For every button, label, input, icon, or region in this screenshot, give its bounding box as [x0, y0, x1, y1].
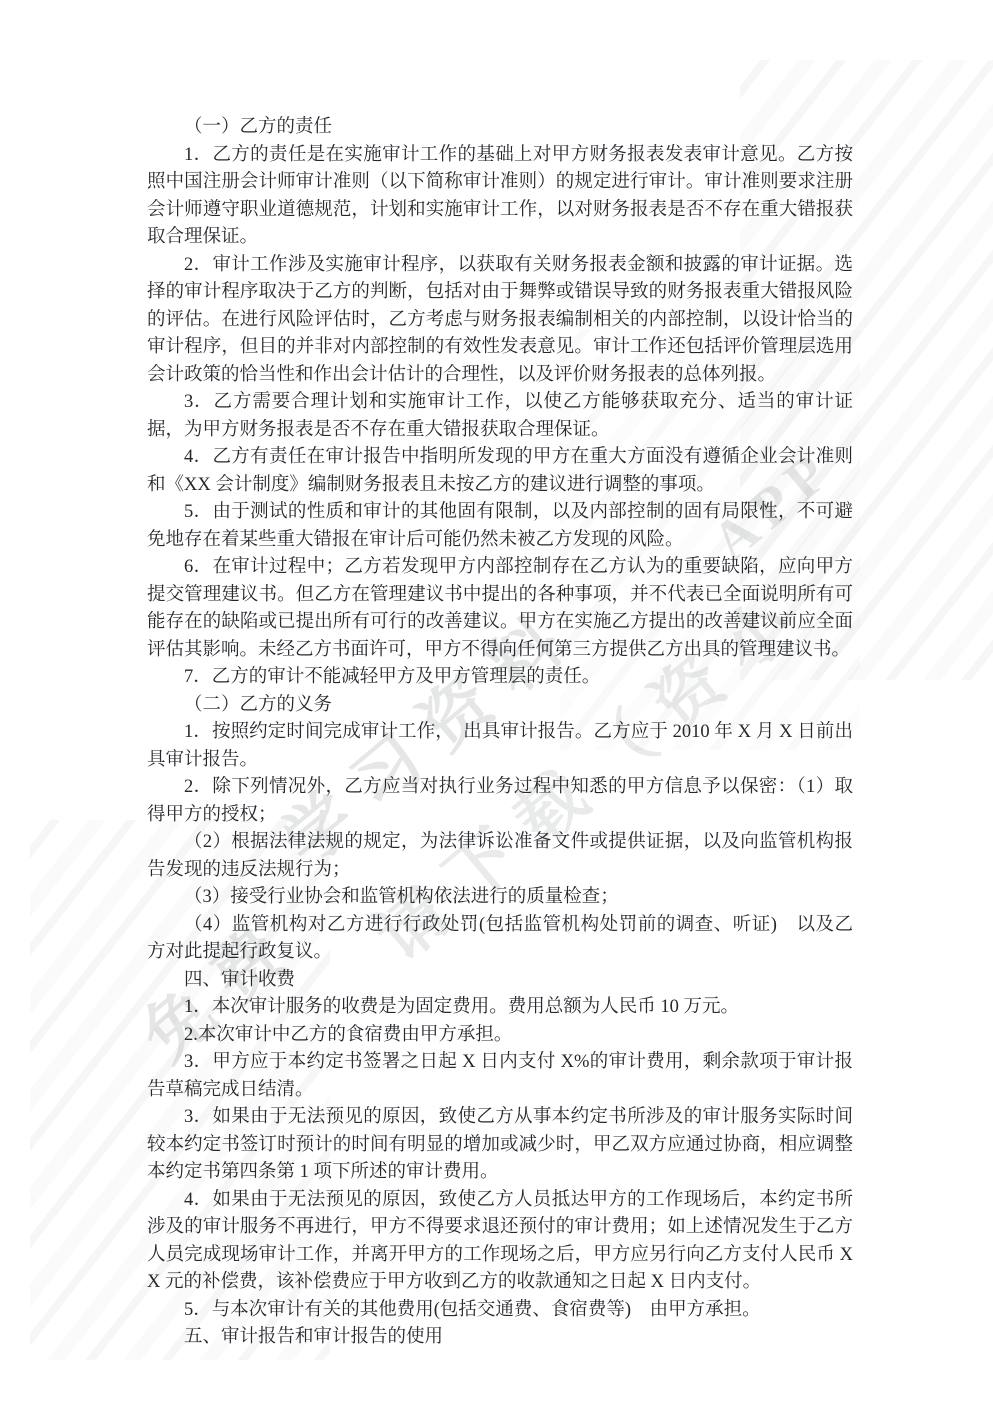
doc-paragraph: 5．由于测试的性质和审计的其他固有限制，以及内部控制的固有局限性，不可避免地存在… [147, 499, 853, 554]
doc-paragraph: 3．乙方需要合理计划和实施审计工作，以使乙方能够获取充分、适当的审计证据，为甲方… [147, 389, 853, 444]
heading-audit-report-usage: 五、审计报告和审计报告的使用 [147, 1324, 853, 1352]
doc-paragraph: 6．在审计过程中；乙方若发现甲方内部控制存在乙方认为的重要缺陷，应向甲方提交管理… [147, 554, 853, 664]
document-body: （一）乙方的责任 1．乙方的责任是在实施审计工作的基础上对甲方财务报表发表审计意… [147, 114, 853, 1352]
doc-paragraph: 5．与本次审计有关的其他费用(包括交通费、食宿费等) 由甲方承担。 [147, 1297, 853, 1325]
doc-paragraph: （4）监管机构对乙方进行行政处罚(包括监管机构处罚前的调查、听证) 以及乙方对此… [147, 912, 853, 967]
doc-paragraph: （2）根据法律法规的规定，为法律诉讼准备文件或提供证据，以及向监管机构报告发现的… [147, 829, 853, 884]
heading-party-b-obligations: （二）乙方的义务 [147, 692, 853, 720]
doc-paragraph: （3）接受行业协会和监管机构依法进行的质量检查； [147, 884, 853, 912]
doc-paragraph: 1．按照约定时间完成审计工作， 出具审计报告。乙方应于 2010 年 X 月 X… [147, 719, 853, 774]
doc-paragraph: 7．乙方的审计不能减轻甲方及甲方管理层的责任。 [147, 664, 853, 692]
heading-party-b-responsibilities: （一）乙方的责任 [147, 114, 853, 142]
document-page: 免费 学习资料 请下载（资小 APP （一）乙方的责任 1．乙方的责任是在实施审… [0, 0, 993, 1404]
doc-paragraph: 3．甲方应于本约定书签署之日起 X 日内支付 X%的审计费用，剩余款项于审计报告… [147, 1049, 853, 1104]
doc-paragraph: 3．如果由于无法预见的原因，致使乙方从事本约定书所涉及的审计服务实际时间较本约定… [147, 1104, 853, 1187]
doc-paragraph: 4．如果由于无法预见的原因，致使乙方人员抵达甲方的工作现场后，本约定书所涉及的审… [147, 1187, 853, 1297]
doc-paragraph: 1．乙方的责任是在实施审计工作的基础上对甲方财务报表发表审计意见。乙方按照中国注… [147, 142, 853, 252]
doc-paragraph: 4．乙方有责任在审计报告中指明所发现的甲方在重大方面没有遵循企业会计准则和《XX… [147, 444, 853, 499]
doc-paragraph: 2．除下列情况外，乙方应当对执行业务过程中知悉的甲方信息予以保密：（1）取得甲方… [147, 774, 853, 829]
doc-paragraph: 2.本次审计中乙方的食宿费由甲方承担。 [147, 1022, 853, 1050]
doc-paragraph: 2．审计工作涉及实施审计程序，以获取有关财务报表金额和披露的审计证据。选择的审计… [147, 252, 853, 390]
heading-audit-fees: 四、审计收费 [147, 967, 853, 995]
doc-paragraph: 1．本次审计服务的收费是为固定费用。费用总额为人民币 10 万元。 [147, 994, 853, 1022]
